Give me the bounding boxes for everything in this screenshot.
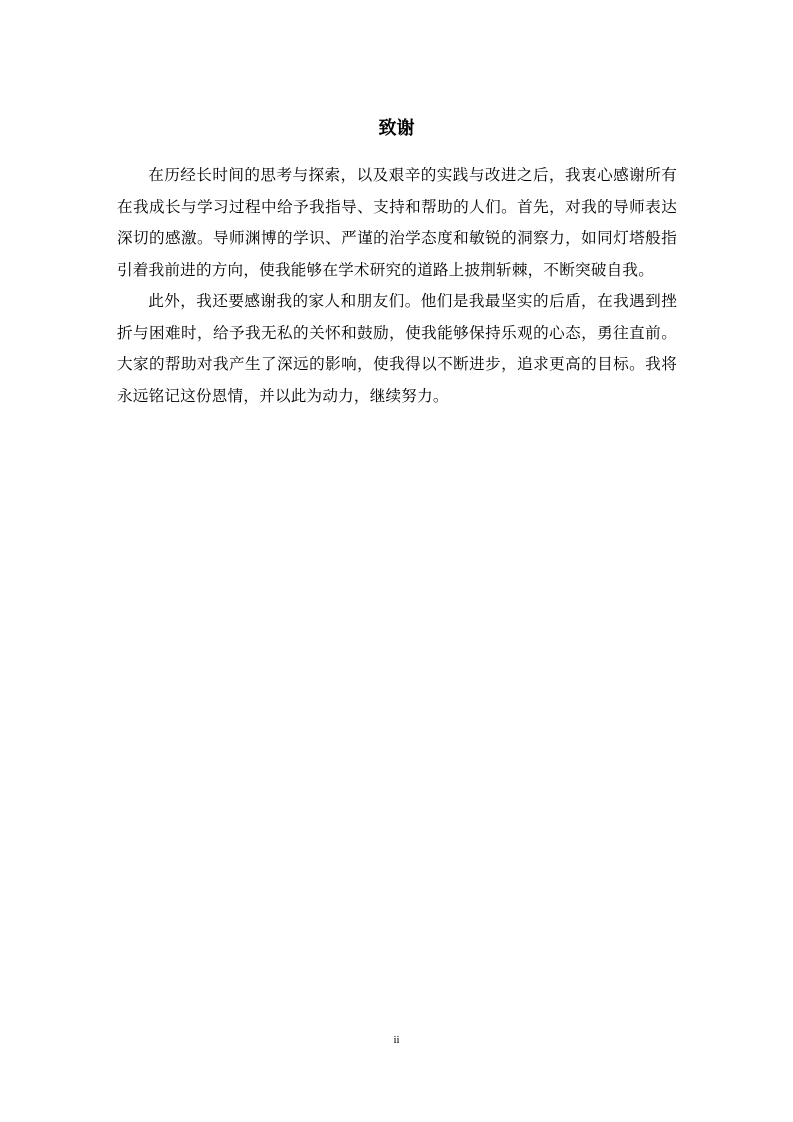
- paragraph: 在历经长时间的思考与探索，以及艰辛的实践与改进之后，我衷心感谢所有在我成长与学习…: [117, 160, 677, 286]
- paragraph: 此外，我还要感谢我的家人和朋友们。他们是我最坚实的后盾，在我遇到挫折与困难时，给…: [117, 286, 677, 412]
- page-number: ii: [0, 1034, 793, 1046]
- page-title: 致谢: [0, 116, 793, 142]
- acknowledgement-body: 在历经长时间的思考与探索，以及艰辛的实践与改进之后，我衷心感谢所有在我成长与学习…: [117, 160, 677, 412]
